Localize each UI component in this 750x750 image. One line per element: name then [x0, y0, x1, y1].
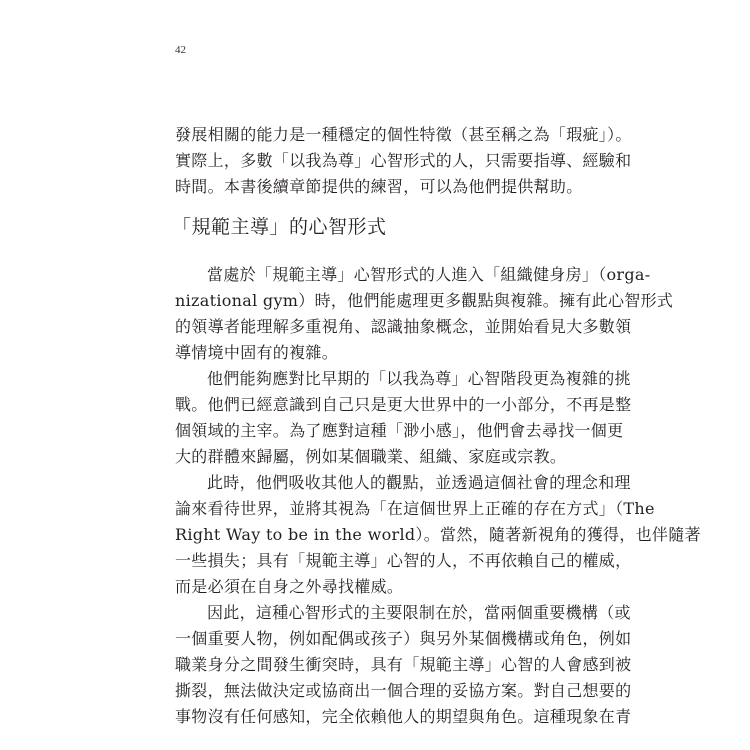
text-line: 撕裂，無法做決定或協商出一個合理的妥協方案。對自己想要的 [175, 678, 547, 704]
text-line: 一些損失；具有「規範主導」心智的人，不再依賴自己的權威， [175, 548, 547, 574]
text-line: 導情境中固有的複雜。 [175, 340, 547, 366]
intro-paragraph: 發展相關的能力是一種穩定的個性特徵（甚至稱之為「瑕疵」）。 實際上，多數「以我為… [175, 122, 547, 200]
text-line: 一個重要人物，例如配偶或孩子）與另外某個機構或角色，例如 [175, 626, 547, 652]
text-line: 職業身分之間發生衝突時，具有「規範主導」心智的人會感到被 [175, 652, 547, 678]
text-line: 個領域的主宰。為了應對這種「渺小感」，他們會去尋找一個更 [175, 418, 547, 444]
text-line: 的領導者能理解多重視角、認識抽象概念，並開始看見大多數領 [175, 314, 547, 340]
text-line: 當處於「規範主導」心智形式的人進入「組織健身房」（orga- [175, 262, 547, 288]
paragraph-1: 當處於「規範主導」心智形式的人進入「組織健身房」（orga- nizationa… [175, 262, 547, 366]
paragraph-2: 他們能夠應對比早期的「以我為尊」心智階段更為複雜的挑 戰。他們已經意識到自己只是… [175, 366, 547, 470]
text-line: 而是必須在自身之外尋找權威。 [175, 574, 547, 600]
text-line: 實際上，多數「以我為尊」心智形式的人，只需要指導、經驗和 [175, 148, 547, 174]
text-line: 事物沒有任何感知，完全依賴他人的期望與角色。這種現象在青 [175, 704, 547, 730]
text-line: 發展相關的能力是一種穩定的個性特徵（甚至稱之為「瑕疵」）。 [175, 122, 547, 148]
text-line: nizational gym）時，他們能處理更多觀點與複雜。擁有此心智形式 [175, 288, 547, 314]
text-line: 大的群體來歸屬，例如某個職業、組織、家庭或宗教。 [175, 444, 547, 470]
text-line: 此時，他們吸收其他人的觀點，並透過這個社會的理念和理 [175, 470, 547, 496]
paragraph-4: 因此，這種心智形式的主要限制在於，當兩個重要機構（或 一個重要人物，例如配偶或孩… [175, 600, 547, 730]
text-line: Right Way to be in the world）。當然，隨著新視角的獲… [175, 522, 547, 548]
paragraph-3: 此時，他們吸收其他人的觀點，並透過這個社會的理念和理 論來看待世界，並將其視為「… [175, 470, 547, 600]
text-line: 戰。他們已經意識到自己只是更大世界中的一小部分，不再是整 [175, 392, 547, 418]
text-line: 時間。本書後續章節提供的練習，可以為他們提供幫助。 [175, 174, 547, 200]
text-line: 他們能夠應對比早期的「以我為尊」心智階段更為複雜的挑 [175, 366, 547, 392]
page-number: 42 [175, 44, 186, 56]
text-line: 論來看待世界，並將其視為「在這個世界上正確的存在方式」（The [175, 496, 547, 522]
section-heading: 「規範主導」的心智形式 [172, 213, 387, 241]
text-line: 因此，這種心智形式的主要限制在於，當兩個重要機構（或 [175, 600, 547, 626]
